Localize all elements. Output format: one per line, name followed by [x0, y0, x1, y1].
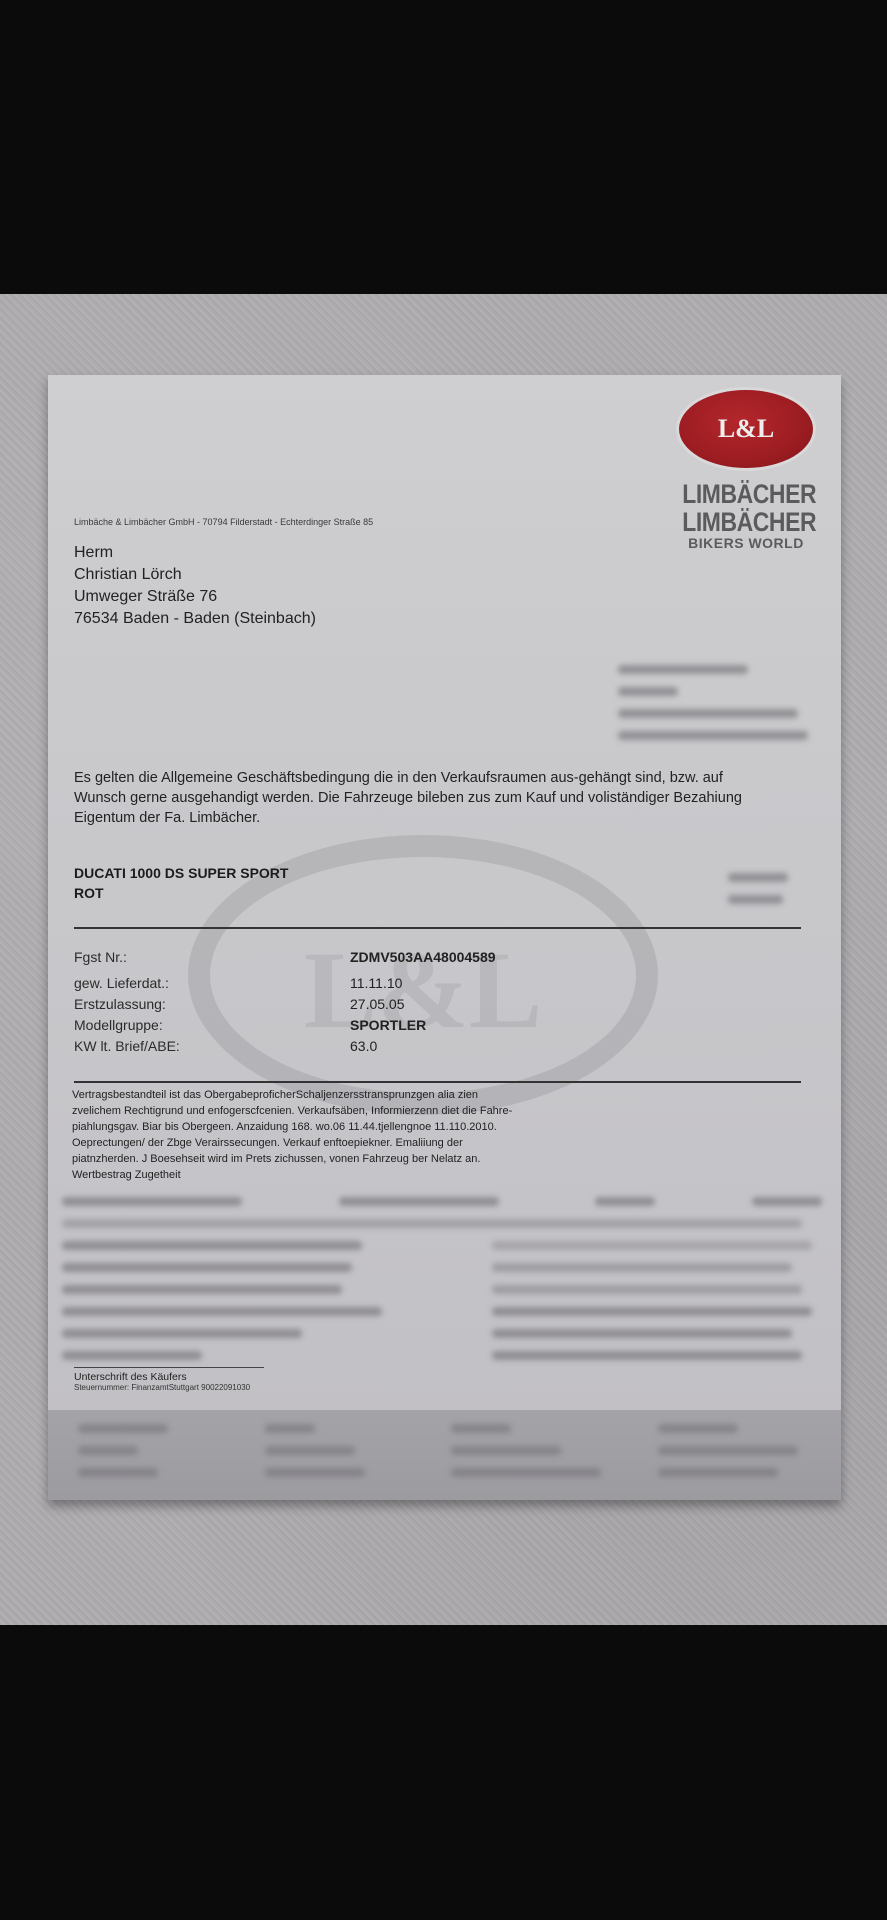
recipient-name: Christian Lörch: [74, 564, 316, 586]
vehicle-specs: Fgst Nr.: ZDMV503AA48004589 gew. Lieferd…: [74, 942, 594, 1056]
vehicle-color: ROT: [74, 883, 288, 903]
recipient-address: Herm Christian Lörch Umweger Sträße 76 7…: [74, 542, 316, 630]
contract-fine-print: Vertragsbestandteil ist das Obergabeprof…: [72, 1087, 682, 1183]
recipient-city: 76534 Baden - Baden (Steinbach): [74, 608, 316, 630]
company-logo: L&L LIMBÄCHER LIMBÄCHER BIKERS WORLD: [671, 387, 821, 551]
recipient-street: Umweger Sträße 76: [74, 586, 316, 608]
redacted-footer: [48, 1410, 841, 1500]
vehicle-description: DUCATI 1000 DS SUPER SPORT ROT: [74, 863, 288, 903]
redacted-price: [728, 873, 798, 917]
spec-row: Modellgruppe: SPORTLER: [74, 1014, 594, 1035]
redacted-price-table: [62, 1197, 822, 1373]
chassis-number: ZDMV503AA48004589: [350, 949, 496, 965]
brand-tagline: BIKERS WORLD: [671, 535, 821, 551]
signature-label: Unterschrift des Käufers: [74, 1371, 264, 1383]
sender-address-line: Limbäche & Limbächer GmbH - 70794 Filder…: [74, 517, 373, 527]
signature-block: Unterschrift des Käufers Steuernummer: F…: [74, 1367, 264, 1392]
spec-row: KW lt. Brief/ABE: 63.0: [74, 1035, 594, 1056]
signature-line: [74, 1367, 264, 1368]
divider: [74, 927, 801, 929]
divider: [74, 1081, 801, 1083]
spec-row: Erstzulassung: 27.05.05: [74, 993, 594, 1014]
vehicle-model: DUCATI 1000 DS SUPER SPORT: [74, 863, 288, 883]
motorcycle-logo-icon: L&L: [676, 387, 816, 471]
recipient-salutation: Herm: [74, 542, 316, 564]
spec-row: gew. Lieferdat.: 11.11.10: [74, 972, 594, 993]
redacted-order-info: [618, 665, 828, 753]
spec-row: Fgst Nr.: ZDMV503AA48004589: [74, 942, 594, 972]
brand-name-1: LIMBÄCHER: [682, 481, 810, 507]
terms-paragraph: Es gelten die Allgemeine Geschäftsbeding…: [74, 768, 754, 828]
invoice-document: L&L L&L LIMBÄCHER LIMBÄCHER BIKERS WORLD…: [48, 375, 841, 1500]
tax-number: Steuernummer: FinanzamtStuttgart 9002209…: [74, 1383, 264, 1392]
brand-name-2: LIMBÄCHER: [682, 509, 810, 535]
